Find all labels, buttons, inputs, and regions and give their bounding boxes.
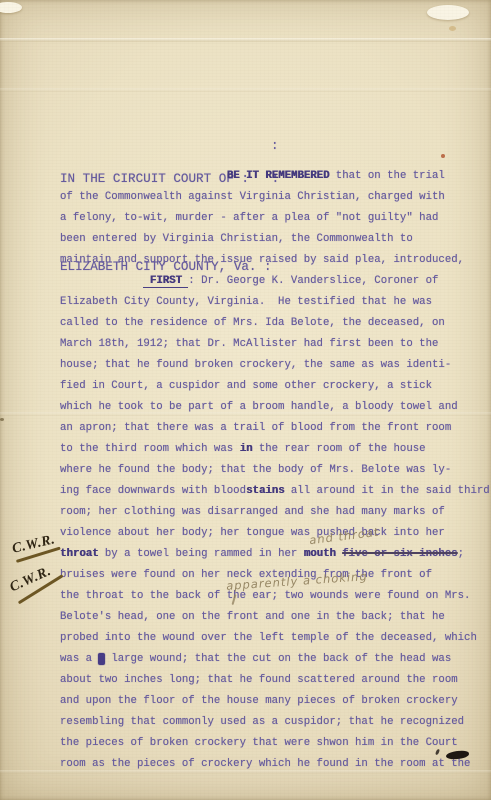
typed-line: of the Commonwealth against Virginia Chr… — [60, 187, 490, 208]
margin-note-cwr-1: C.W.R. — [11, 532, 57, 557]
typed-line: been entered by Virginia Christian, the … — [60, 229, 490, 250]
typed-body: BE IT REMEMBERED that on the trialof the… — [60, 166, 490, 775]
typed-line: probed into the wound over the left temp… — [60, 628, 490, 649]
paper-crease-upper — [0, 88, 491, 92]
document-page: IN THE CIRCUIT COURT OF : : : ELIZABETH … — [0, 0, 491, 800]
typed-line: room as the pieces of crockery which he … — [60, 754, 490, 775]
typed-line: which he took to be part of a broom hand… — [60, 397, 490, 418]
paper-damage-top-left — [0, 2, 22, 13]
typed-line: FIRST : Dr. George K. Vanderslice, Coron… — [60, 271, 490, 292]
typed-line: where he found the body; that the body o… — [60, 460, 490, 481]
typed-line: room; her clothing was disarranged and s… — [60, 502, 490, 523]
typed-line: to the third room which was in the rear … — [60, 439, 490, 460]
typed-line: resembling that commonly used as a cuspi… — [60, 712, 490, 733]
typed-line: called to the residence of Mrs. Ida Belo… — [60, 313, 490, 334]
typed-line: March 18th, 1912; that Dr. McAllister ha… — [60, 334, 490, 355]
typed-line: house; that he found broken crockery, th… — [60, 355, 490, 376]
typed-line: was a ■ large wound; that the cut on the… — [60, 649, 490, 670]
typed-line: Belote's head, one on the front and one … — [60, 607, 490, 628]
caption-colon-separator: : — [271, 135, 279, 157]
typed-line: violence about her body; her tongue was … — [60, 523, 490, 544]
typed-line: fied in Court, a cuspidor and some other… — [60, 376, 490, 397]
paper-crease-top — [0, 38, 491, 42]
typed-line: ing face downwards with bloodstains all … — [60, 481, 490, 502]
stain-speck-top-right — [449, 26, 456, 31]
typed-line: maintain and support the issue raised by… — [60, 250, 490, 271]
typed-line: about two inches long; that he found sca… — [60, 670, 490, 691]
typed-line: the pieces of broken crockery that were … — [60, 733, 490, 754]
typed-line: and upon the floor of the house many pie… — [60, 691, 490, 712]
typed-line: a felony, to-wit, murder - after a plea … — [60, 208, 490, 229]
typed-line: throat by a towel being rammed in her mo… — [60, 544, 490, 565]
red-speck-right-edge — [441, 154, 445, 158]
typed-line: Elizabeth City County, Virginia. He test… — [60, 292, 490, 313]
margin-note-cwr-2: C.W.R. — [8, 564, 54, 596]
typed-line: an apron; that there was a trail of bloo… — [60, 418, 490, 439]
paper-damage-top-right — [427, 5, 469, 20]
speck-left-edge — [0, 418, 4, 421]
typed-line: BE IT REMEMBERED that on the trial — [60, 166, 490, 187]
